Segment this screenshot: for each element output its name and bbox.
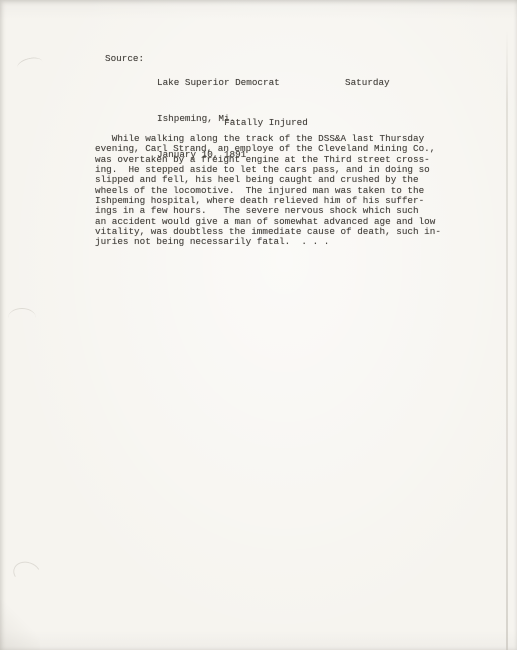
hole-punch-arc-bottom-left: [10, 558, 43, 588]
source-label: Source:: [105, 53, 144, 65]
hole-punch-arc-middle-left: [8, 308, 36, 328]
source-publication: Lake Superior Democrat: [157, 77, 280, 89]
paper-edge-line-right: [506, 30, 508, 650]
source-day-of-week: Saturday: [345, 77, 390, 89]
article-body: While walking along the track of the DSS…: [95, 134, 441, 248]
scratch-mark-top-left: [16, 55, 45, 75]
corner-shading-bottom-left: [0, 600, 40, 650]
article-title: Fatally Injured: [95, 117, 437, 129]
scanned-document-page: Source: Lake Superior Democrat Ishpeming…: [0, 0, 517, 650]
